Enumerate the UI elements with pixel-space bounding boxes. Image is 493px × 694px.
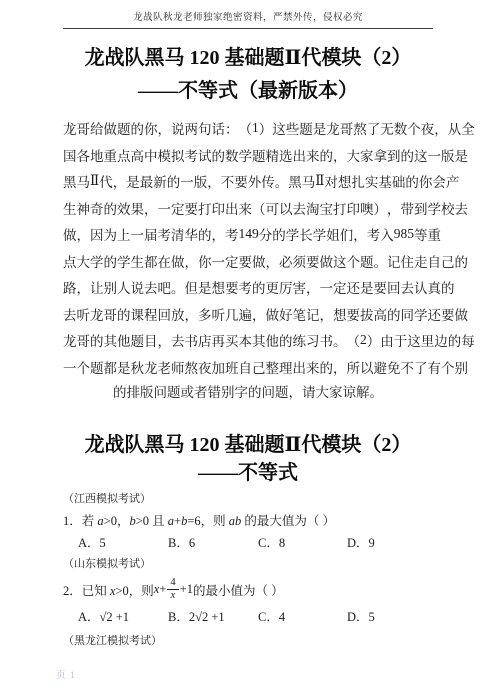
paragraph-line: 龙哥给做题的你，说两句话：（1）这些题是龙哥熬了无数个夜，从全 bbox=[63, 115, 433, 142]
page-title-line2: ——不等式（最新版本） bbox=[63, 75, 433, 108]
paragraph-line: 路，让别人说去吧。但是想要考的更厉害，一定还是要回去认真的 bbox=[63, 274, 433, 301]
document-page: 龙战队秋龙老师独家绝密资料，严禁外传，侵权必究 龙战队黑马 120 基础题Ⅱ代模… bbox=[0, 0, 493, 648]
option-d: D．9 bbox=[347, 535, 433, 551]
page-footer: 页 1 bbox=[56, 667, 76, 681]
paragraph-line: 黑马Ⅱ代，是最新的一版，不要外传。黑马Ⅱ对想扎实基础的你会产 bbox=[63, 168, 433, 195]
paragraph-line: 龙哥的其他题目，去书店再买本其他的练习书。（2）由于这里边的每 bbox=[63, 327, 433, 354]
paragraph-line: 一个题都是秋龙老师熬夜加班自己整理出来的，所以避免不了有个别 bbox=[63, 354, 433, 381]
option-b: B．6 bbox=[168, 535, 258, 551]
question-2: 2．已知 x>0，则 x+ 4 x +1 的最小值为（ ） bbox=[63, 575, 433, 605]
option-d: D．5 bbox=[347, 609, 433, 625]
option-c: C．4 bbox=[258, 609, 347, 625]
option-a: A．√2 +1 bbox=[78, 609, 168, 625]
page-footer-label: 页 bbox=[56, 671, 67, 681]
page-title: 龙战队黑马 120 基础题Ⅱ代模块（2） ——不等式（最新版本） bbox=[63, 42, 433, 108]
fraction-numerator: 4 bbox=[167, 577, 178, 590]
question-2-suffix: 的最小值为（ ） bbox=[193, 581, 284, 599]
question-2-prefix: 2．已知 x>0，则 bbox=[63, 581, 154, 599]
section-title-line2: ——不等式 bbox=[63, 459, 433, 487]
paragraph-line: 国各地重点高中模拟考试的数学题精选出来的，大家拿到的这一版是 bbox=[63, 142, 433, 169]
paragraph-line: 做，因为上一届考清华的，考149分的学长学姐们，考入985等重 bbox=[63, 221, 433, 248]
question-2-options: A．√2 +1 B．2√2 +1 C．4 D．5 bbox=[63, 609, 433, 625]
math-expression: x+ 4 x +1 bbox=[154, 577, 193, 602]
paragraph-line: 生神奇的效果，一定要打印出来（可以去淘宝打印噢），带到学校去 bbox=[63, 195, 433, 222]
page-number: 1 bbox=[70, 671, 76, 681]
fraction-post: +1 bbox=[180, 582, 193, 597]
option-b: B．2√2 +1 bbox=[168, 609, 258, 625]
section-title-line1: 龙战队黑马 120 基础题Ⅱ代模块（2） bbox=[63, 431, 433, 459]
header-notice: 龙战队秋龙老师独家绝密资料，严禁外传，侵权必究 bbox=[63, 12, 433, 29]
fraction-denominator: x bbox=[168, 590, 179, 602]
question-1-options: A．5 B．6 C．8 D．9 bbox=[63, 535, 433, 551]
exam-source-label: （黑龙江模拟考试） bbox=[63, 634, 433, 648]
paragraph-line: 点大学的学生都在做，你一定要做，必须要做这个题。记住走自己的 bbox=[63, 248, 433, 275]
page-title-line1: 龙战队黑马 120 基础题Ⅱ代模块（2） bbox=[63, 42, 433, 75]
paragraph-closing-line: 的排版问题或者错别字的问题，请大家谅解。 bbox=[63, 380, 433, 407]
option-a: A．5 bbox=[78, 535, 168, 551]
fraction-pre: x+ bbox=[154, 582, 167, 597]
exam-source-label: （山东模拟考试） bbox=[63, 557, 433, 571]
fraction: 4 x bbox=[167, 577, 178, 602]
section-title: 龙战队黑马 120 基础题Ⅱ代模块（2） ——不等式 bbox=[63, 431, 433, 487]
exam-source-label: （江西模拟考试） bbox=[63, 492, 433, 506]
questions-section: （江西模拟考试） 1．若 a>0，b>0 且 a+b=6，则 ab 的最大值为（… bbox=[63, 492, 433, 648]
option-c: C．8 bbox=[258, 535, 347, 551]
question-1: 1．若 a>0，b>0 且 a+b=6，则 ab 的最大值为（ ） bbox=[63, 513, 433, 530]
paragraph-line: 去听龙哥的课程回放，多听几遍，做好笔记，想要拔高的同学还要做 bbox=[63, 301, 433, 328]
intro-paragraph: 龙哥给做题的你，说两句话：（1）这些题是龙哥熬了无数个夜，从全 国各地重点高中模… bbox=[63, 115, 433, 407]
